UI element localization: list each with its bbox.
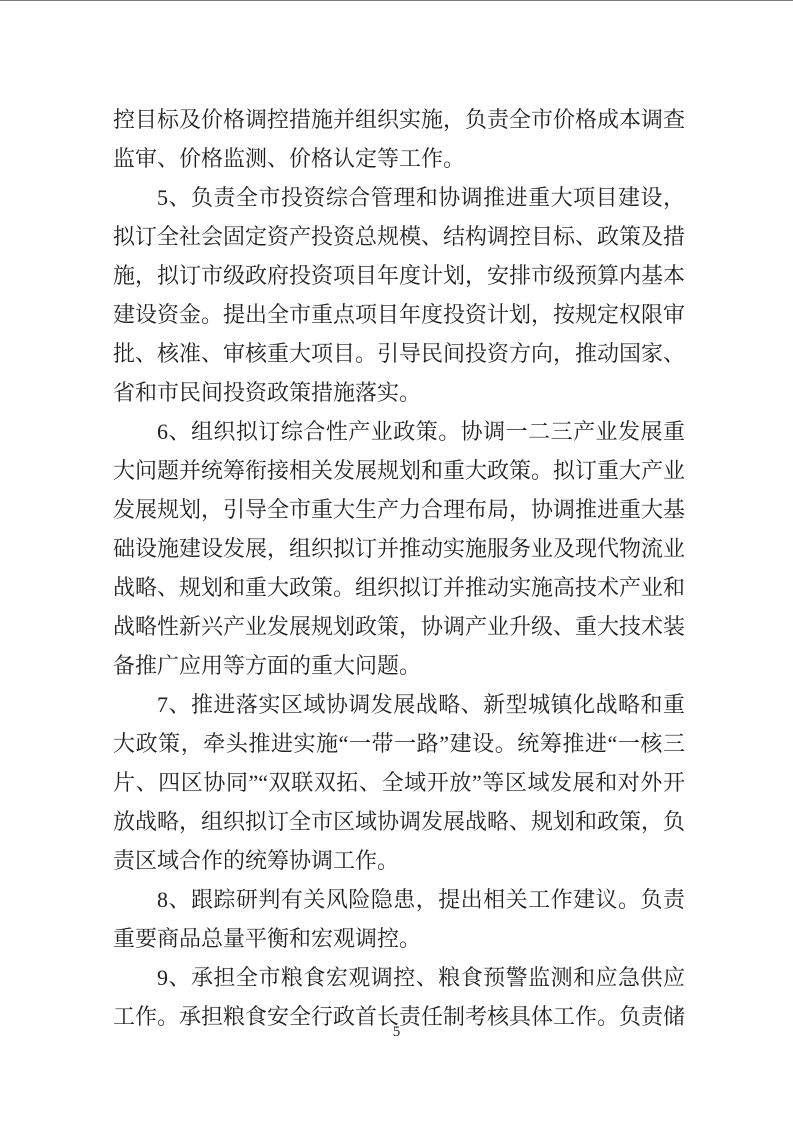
- page-top-edge: [0, 0, 793, 1]
- document-page: 控目标及价格调控措施并组织实施，负责全市价格成本调查监审、价格监测、价格认定等工…: [0, 0, 793, 1122]
- duty-item-7: 7、推进落实区域协调发展战略、新型城镇化战略和重大政策，牵头推进实施“一带一路”…: [113, 685, 685, 880]
- duty-item-5: 5、负责全市投资综合管理和协调推进重大项目建设，拟订全社会固定资产投资总规模、结…: [113, 178, 685, 412]
- document-body-text: 控目标及价格调控措施并组织实施，负责全市价格成本调查监审、价格监测、价格认定等工…: [113, 100, 685, 1036]
- page-number: 5: [0, 1022, 793, 1042]
- duty-item-6: 6、组织拟订综合性产业政策。协调一二三产业发展重大问题并统筹衔接相关发展规划和重…: [113, 412, 685, 685]
- duty-item-8: 8、跟踪研判有关风险隐患，提出相关工作建议。负责重要商品总量平衡和宏观调控。: [113, 880, 685, 958]
- paragraph-continuation: 控目标及价格调控措施并组织实施，负责全市价格成本调查监审、价格监测、价格认定等工…: [113, 100, 685, 178]
